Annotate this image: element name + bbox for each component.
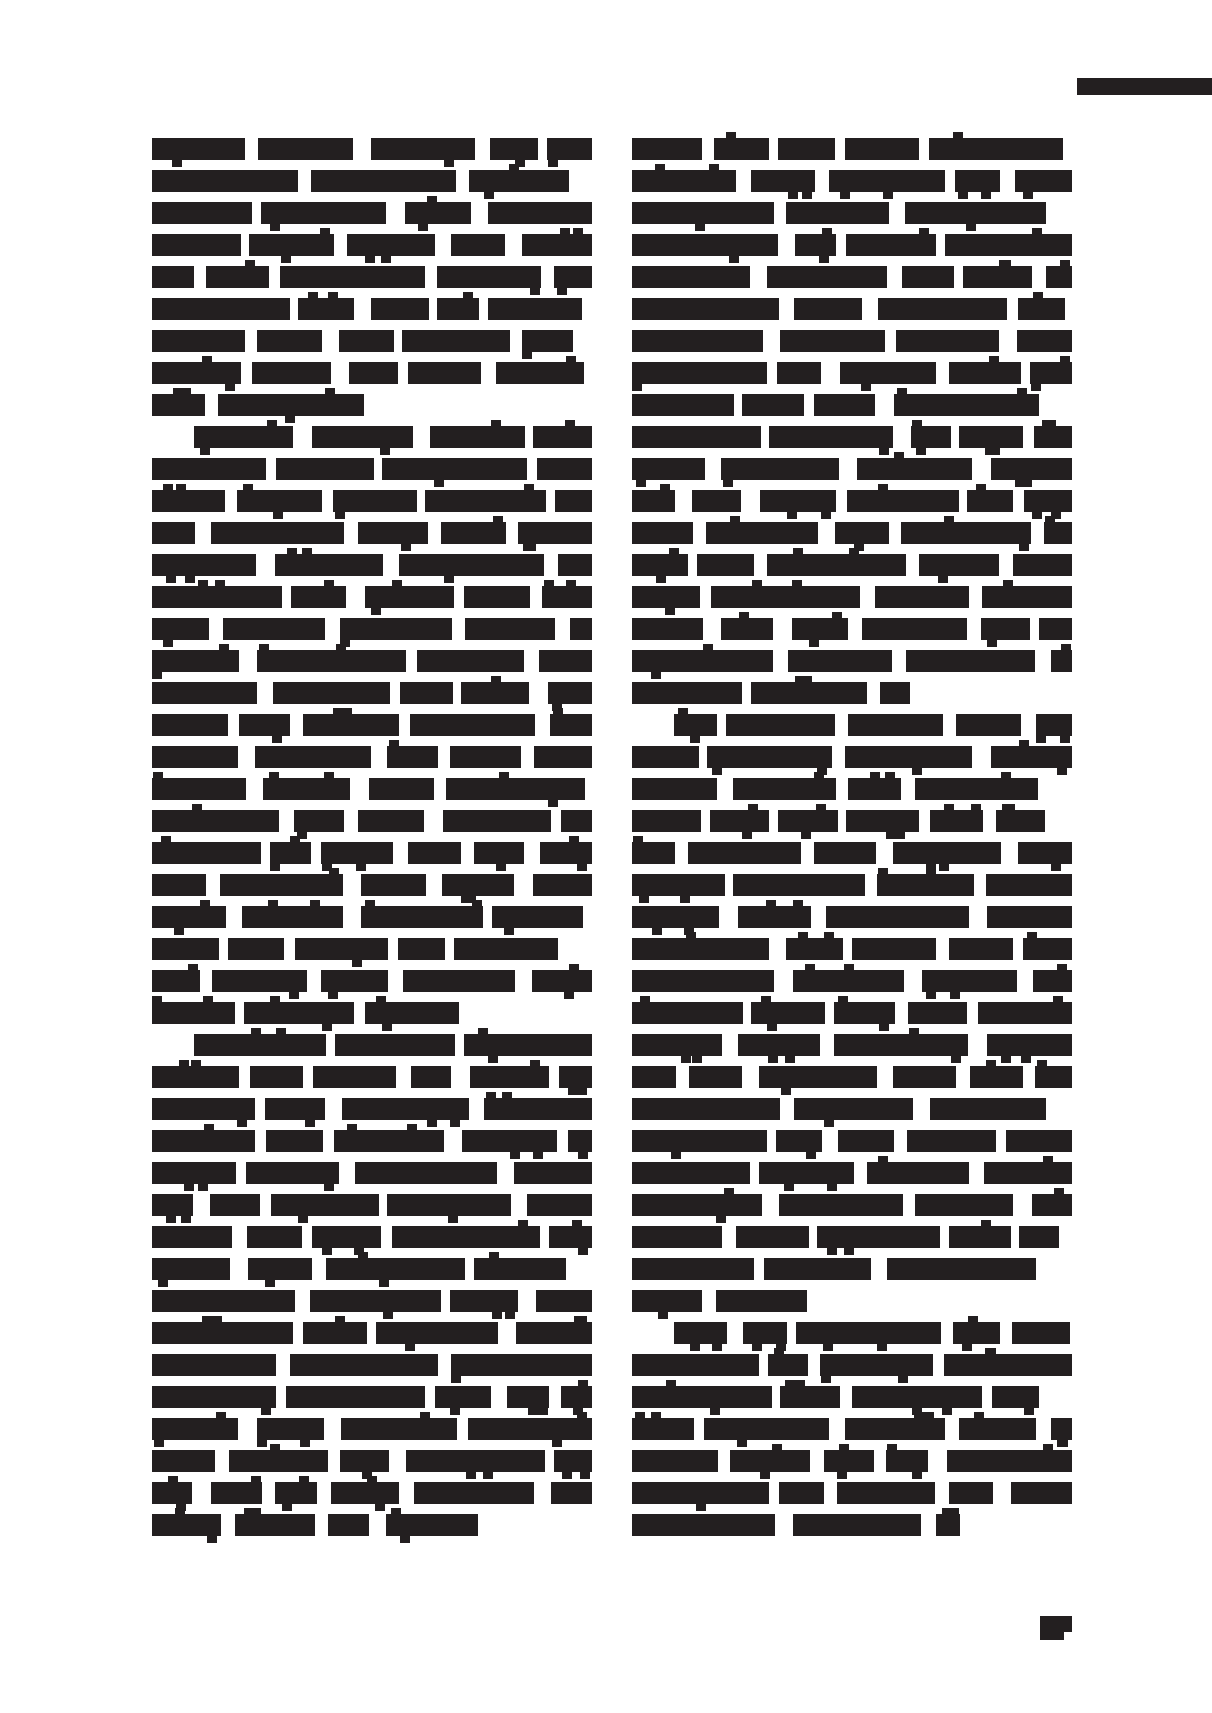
redacted-text-line	[632, 1322, 1086, 1344]
redacted-text-line	[152, 266, 606, 288]
redacted-text-line	[152, 1034, 606, 1056]
redacted-text-line	[152, 202, 606, 224]
redacted-text-line	[632, 874, 1086, 896]
redacted-text-line	[152, 1386, 606, 1408]
redacted-text-line	[632, 138, 1086, 160]
redacted-text-line	[632, 778, 1086, 800]
redacted-text-line	[152, 458, 606, 480]
redacted-text-line	[632, 1258, 1086, 1280]
redacted-text-line	[632, 1034, 1086, 1056]
redacted-text-line	[152, 490, 606, 512]
redacted-text-line	[632, 1066, 1086, 1088]
redacted-text-line	[632, 522, 1086, 544]
redacted-text-line	[632, 1162, 1086, 1184]
redacted-text-line	[152, 1066, 606, 1088]
redacted-text-line	[152, 1514, 606, 1536]
redacted-text-line	[152, 1418, 606, 1440]
redacted-text-line	[152, 1002, 606, 1024]
redacted-text-line	[632, 586, 1086, 608]
redacted-text-line	[632, 810, 1086, 832]
redacted-text-line	[632, 1514, 1086, 1536]
redacted-text-line	[152, 234, 606, 256]
redacted-text-line	[632, 1418, 1086, 1440]
redacted-text-line	[632, 1226, 1086, 1248]
redacted-text-line	[152, 1258, 606, 1280]
redacted-text-line	[152, 778, 606, 800]
redacted-text-line	[632, 1130, 1086, 1152]
redacted-text-line	[152, 650, 606, 672]
redacted-text-line	[152, 1194, 606, 1216]
redacted-text-line	[632, 298, 1086, 320]
redacted-text-line	[632, 618, 1086, 640]
redacted-text-line	[152, 682, 606, 704]
redacted-text-line	[632, 906, 1086, 928]
redacted-text-line	[632, 202, 1086, 224]
redacted-text-line	[632, 362, 1086, 384]
redacted-text-line	[632, 170, 1086, 192]
redacted-text-line	[632, 1194, 1086, 1216]
redacted-text-line	[152, 1290, 606, 1312]
redacted-text-line	[152, 330, 606, 352]
redacted-text-line	[152, 906, 606, 928]
redacted-text-line	[152, 618, 606, 640]
redacted-text-line	[632, 1098, 1086, 1120]
redacted-text-line	[152, 362, 606, 384]
redacted-text-line	[632, 714, 1086, 736]
redacted-text-line	[632, 394, 1086, 416]
redacted-text-line	[632, 458, 1086, 480]
redacted-text-line	[632, 1450, 1086, 1472]
page-number-redacted	[1040, 1616, 1072, 1640]
redacted-text-line	[632, 970, 1086, 992]
redacted-text-line	[152, 170, 606, 192]
redacted-text-line	[152, 842, 606, 864]
redacted-text-line	[152, 1354, 606, 1376]
redacted-text-line	[632, 490, 1086, 512]
redacted-text-line	[632, 1354, 1086, 1376]
redacted-text-line	[632, 650, 1086, 672]
redacted-text-line	[632, 842, 1086, 864]
redacted-text-line	[152, 1226, 606, 1248]
redacted-text-line	[152, 298, 606, 320]
document-page	[0, 0, 1212, 1713]
redacted-text-line	[152, 1482, 606, 1504]
redacted-text-line	[152, 522, 606, 544]
redacted-text-line	[632, 330, 1086, 352]
redacted-text-line	[152, 586, 606, 608]
redacted-text-line	[152, 1322, 606, 1344]
redacted-text-line	[632, 746, 1086, 768]
redacted-text-line	[152, 394, 606, 416]
redacted-text-line	[632, 426, 1086, 448]
redacted-text-line	[152, 1162, 606, 1184]
redacted-text-line	[152, 970, 606, 992]
redacted-text-line	[152, 938, 606, 960]
redacted-text-line	[152, 714, 606, 736]
redacted-text-line	[632, 1482, 1086, 1504]
redacted-text-line	[632, 554, 1086, 576]
redacted-text-line	[152, 554, 606, 576]
redacted-text-line	[152, 1130, 606, 1152]
redacted-text-line	[152, 874, 606, 896]
redacted-text-line	[152, 426, 606, 448]
redacted-text-line	[632, 234, 1086, 256]
redacted-text-line	[152, 1098, 606, 1120]
redacted-text-line	[152, 138, 606, 160]
redacted-text-line	[152, 746, 606, 768]
redacted-text-line	[632, 938, 1086, 960]
redacted-text-line	[152, 1450, 606, 1472]
redacted-text-line	[632, 1002, 1086, 1024]
redacted-text-line	[632, 1290, 1086, 1312]
redacted-text-line	[152, 810, 606, 832]
redacted-text-line	[632, 266, 1086, 288]
redacted-text-line	[632, 1386, 1086, 1408]
redacted-text-line	[632, 682, 1086, 704]
